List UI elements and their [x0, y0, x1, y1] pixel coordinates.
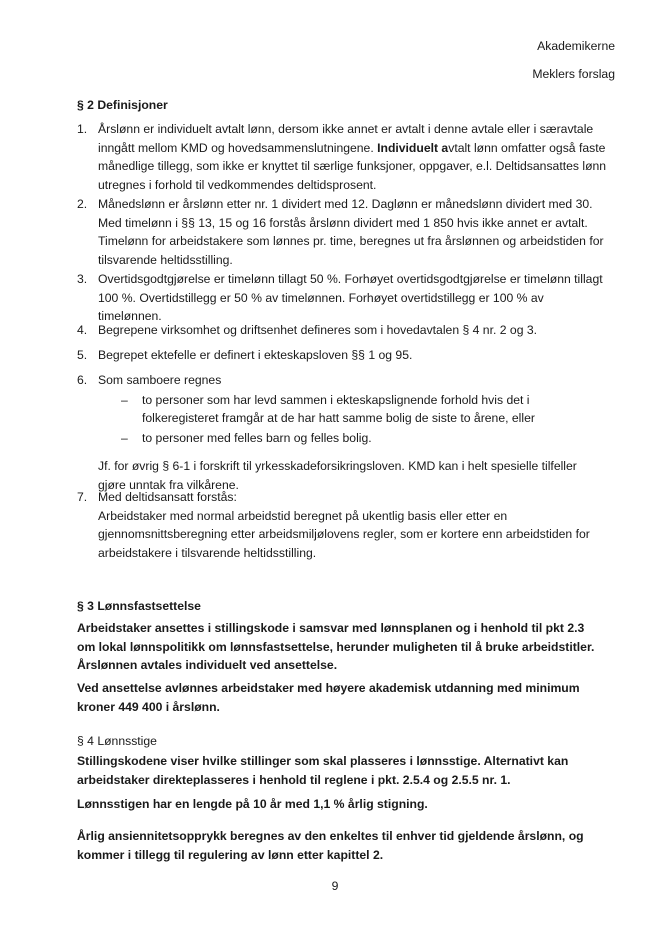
- item-number: 2.: [77, 195, 87, 214]
- definition-item-3: 3. Overtidsgodtgjørelse er timelønn till…: [77, 270, 607, 326]
- definition-item-6: 6. Som samboere regnes – to personer som…: [77, 371, 607, 495]
- item-text-continued: Arbeidstaker med normal arbeidstid bereg…: [98, 507, 607, 563]
- section-4-paragraph-2: Lønnsstigen har en lengde på 10 år med 1…: [77, 795, 597, 814]
- item-number: 6.: [77, 371, 87, 390]
- header-subtitle: Meklers forslag: [532, 65, 615, 84]
- item-number: 4.: [77, 321, 87, 340]
- section-3-heading: § 3 Lønnsfastsettelse: [77, 597, 201, 616]
- section-4-paragraph-1: Stillingskodene viser hvilke stillinger …: [77, 752, 597, 789]
- item-text: Årslønn er individuelt avtalt lønn, ders…: [98, 120, 607, 194]
- item-text: Begrepet ektefelle er definert i ekteska…: [98, 346, 607, 365]
- definition-item-4: 4. Begrepene virksomhet og driftsenhet d…: [77, 321, 607, 340]
- section-4-paragraph-3: Årlig ansiennitetsopprykk beregnes av de…: [77, 827, 597, 864]
- section-2-heading: § 2 Definisjoner: [77, 96, 168, 115]
- bullet-item: – to personer med felles barn og felles …: [121, 429, 607, 448]
- definition-item-2: 2. Månedslønn er årslønn etter nr. 1 div…: [77, 195, 607, 269]
- section-3-paragraph-2: Ved ansettelse avlønnes arbeidstaker med…: [77, 679, 597, 716]
- page-number: 9: [0, 877, 670, 896]
- bullet-item: – to personer som har levd sammen i ekte…: [121, 391, 607, 428]
- item-number: 7.: [77, 488, 87, 507]
- section-3-paragraph-1: Arbeidstaker ansettes i stillingskode i …: [77, 619, 597, 675]
- definition-item-1: 1. Årslønn er individuelt avtalt lønn, d…: [77, 120, 607, 194]
- definition-item-7: 7. Med deltidsansatt forstås: Arbeidstak…: [77, 488, 607, 562]
- item-text: Overtidsgodtgjørelse er timelønn tillagt…: [98, 270, 607, 326]
- item-number: 5.: [77, 346, 87, 365]
- item-text: Med deltidsansatt forstås:: [98, 488, 607, 507]
- item-text: Månedslønn er årslønn etter nr. 1 divide…: [98, 195, 607, 269]
- emphasis: Individuelt a: [377, 141, 448, 155]
- definition-item-5: 5. Begrepet ektefelle er definert i ekte…: [77, 346, 607, 365]
- item-number: 1.: [77, 120, 87, 139]
- item-text: Begrepene virksomhet og driftsenhet defi…: [98, 321, 607, 340]
- dash-icon: –: [121, 429, 128, 448]
- item-number: 3.: [77, 270, 87, 289]
- header-org: Akademikerne: [537, 37, 615, 56]
- dash-icon: –: [121, 391, 128, 410]
- section-4-heading: § 4 Lønnsstige: [77, 732, 157, 751]
- item-text: Som samboere regnes: [98, 371, 607, 390]
